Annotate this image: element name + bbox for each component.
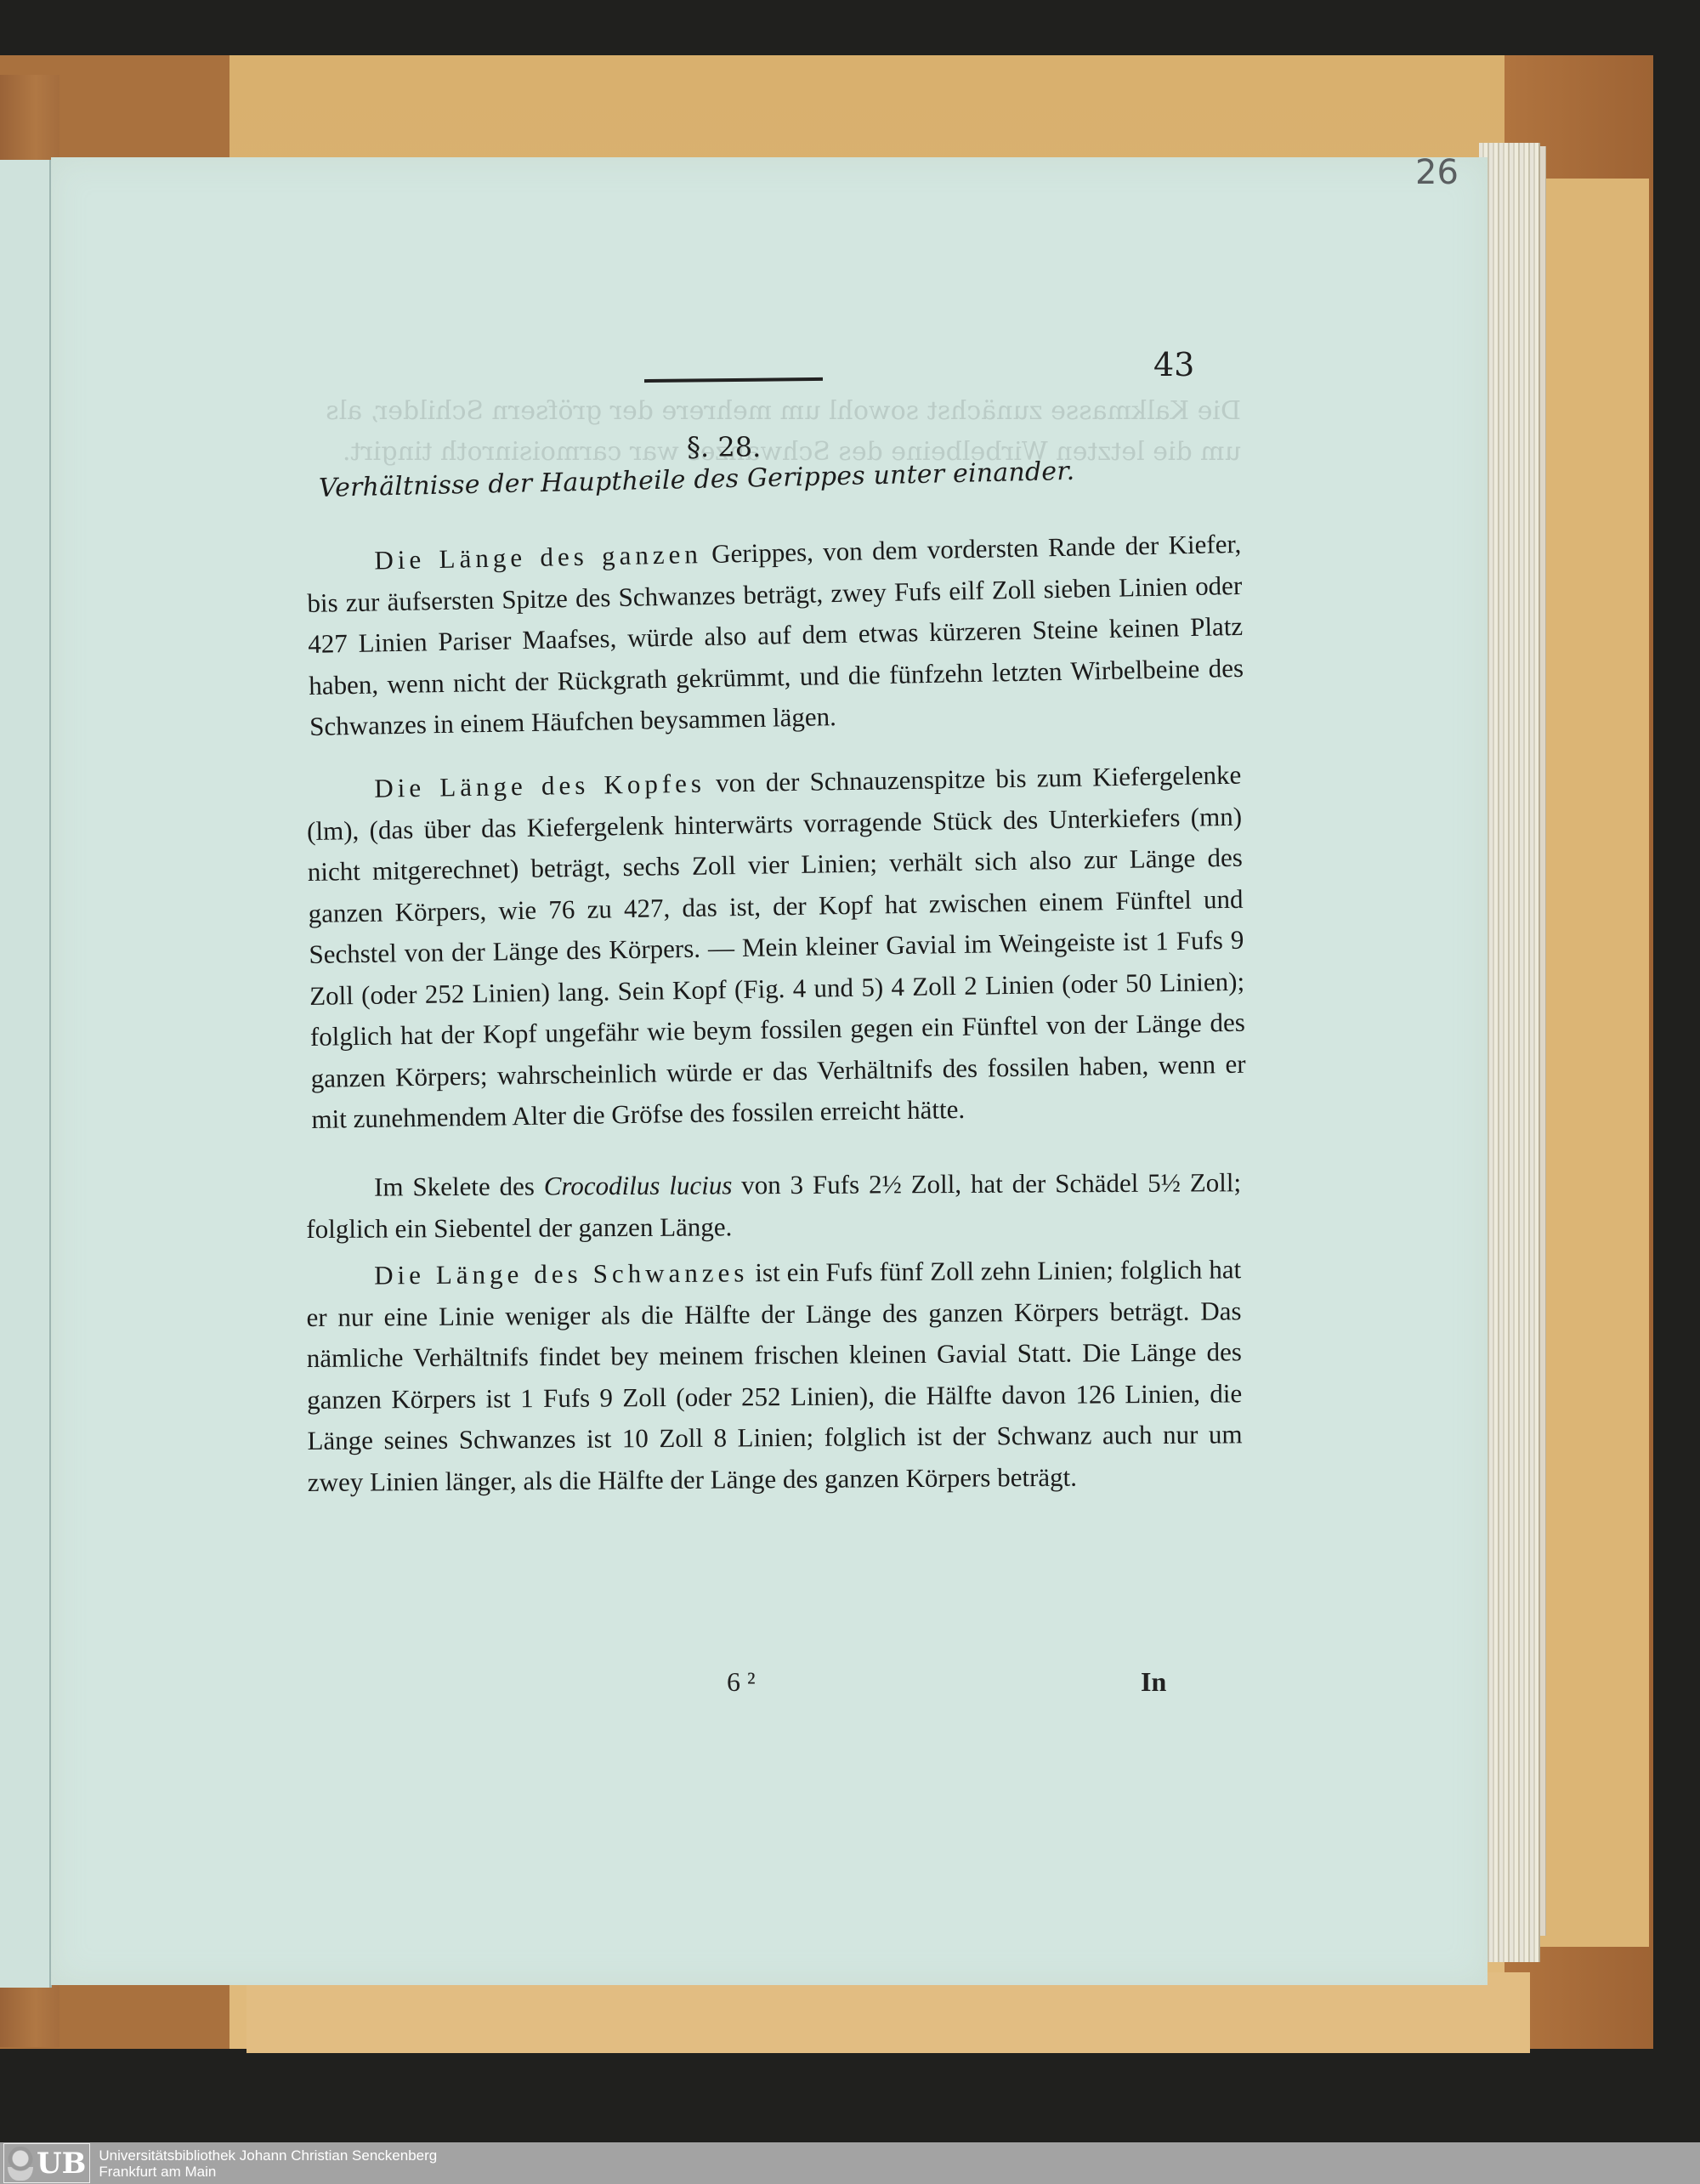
library-name-line1: Universitätsbibliothek Johann Christian … bbox=[99, 2147, 437, 2164]
paragraph-text: ist ein Fufs fünf Zoll zehn Linien; folg… bbox=[306, 1254, 1242, 1496]
library-footer-bar: UB Universitätsbibliothek Johann Christi… bbox=[0, 2142, 1700, 2184]
page-number: 43 bbox=[1153, 346, 1194, 383]
archive-number: 26 bbox=[1415, 153, 1459, 192]
library-name-line2: Frankfurt am Main bbox=[99, 2164, 437, 2180]
paragraph-2: Die Länge des Kopfes von der Schnauzensp… bbox=[306, 755, 1247, 1141]
species-name: Crocodilus lucius bbox=[544, 1170, 733, 1200]
header-rule bbox=[644, 377, 823, 383]
portrait-icon bbox=[8, 2147, 33, 2181]
paragraph-4: Die Länge des Schwanzes ist ein Fufs fün… bbox=[306, 1249, 1243, 1503]
page-stack-edges bbox=[1479, 143, 1540, 1962]
book-page: Die Kalkmasse zunächst sowohl um mehrere… bbox=[51, 157, 1487, 1985]
paragraph-1: Die Länge des ganzen Gerippes, von dem v… bbox=[306, 524, 1244, 748]
paragraph-lead: Die Länge des Schwanzes bbox=[374, 1257, 748, 1290]
cover-right-flap bbox=[1538, 179, 1649, 1947]
section-mark: §. 28. bbox=[687, 431, 761, 463]
paragraph-text: von der Schnauzenspitze bis zum Kieferge… bbox=[307, 760, 1246, 1134]
logo-letters: UB bbox=[37, 2147, 86, 2181]
catchword: In bbox=[1141, 1666, 1166, 1698]
paragraph-text-start: Im Skelete des bbox=[374, 1171, 544, 1202]
library-name: Universitätsbibliothek Johann Christian … bbox=[99, 2147, 437, 2180]
signature-mark: 6 ² bbox=[727, 1666, 756, 1698]
section-title: Verhältnisse der Hauptheile des Gerippes… bbox=[319, 452, 1255, 503]
paragraph-lead: Die Länge des ganzen bbox=[374, 539, 702, 575]
paragraph-3: Im Skelete des Crocodilus lucius von 3 F… bbox=[306, 1162, 1241, 1250]
paragraph-lead: Die Länge des Kopfes bbox=[374, 769, 705, 803]
left-page-sliver bbox=[0, 160, 52, 1988]
library-logo: UB bbox=[3, 2143, 90, 2183]
